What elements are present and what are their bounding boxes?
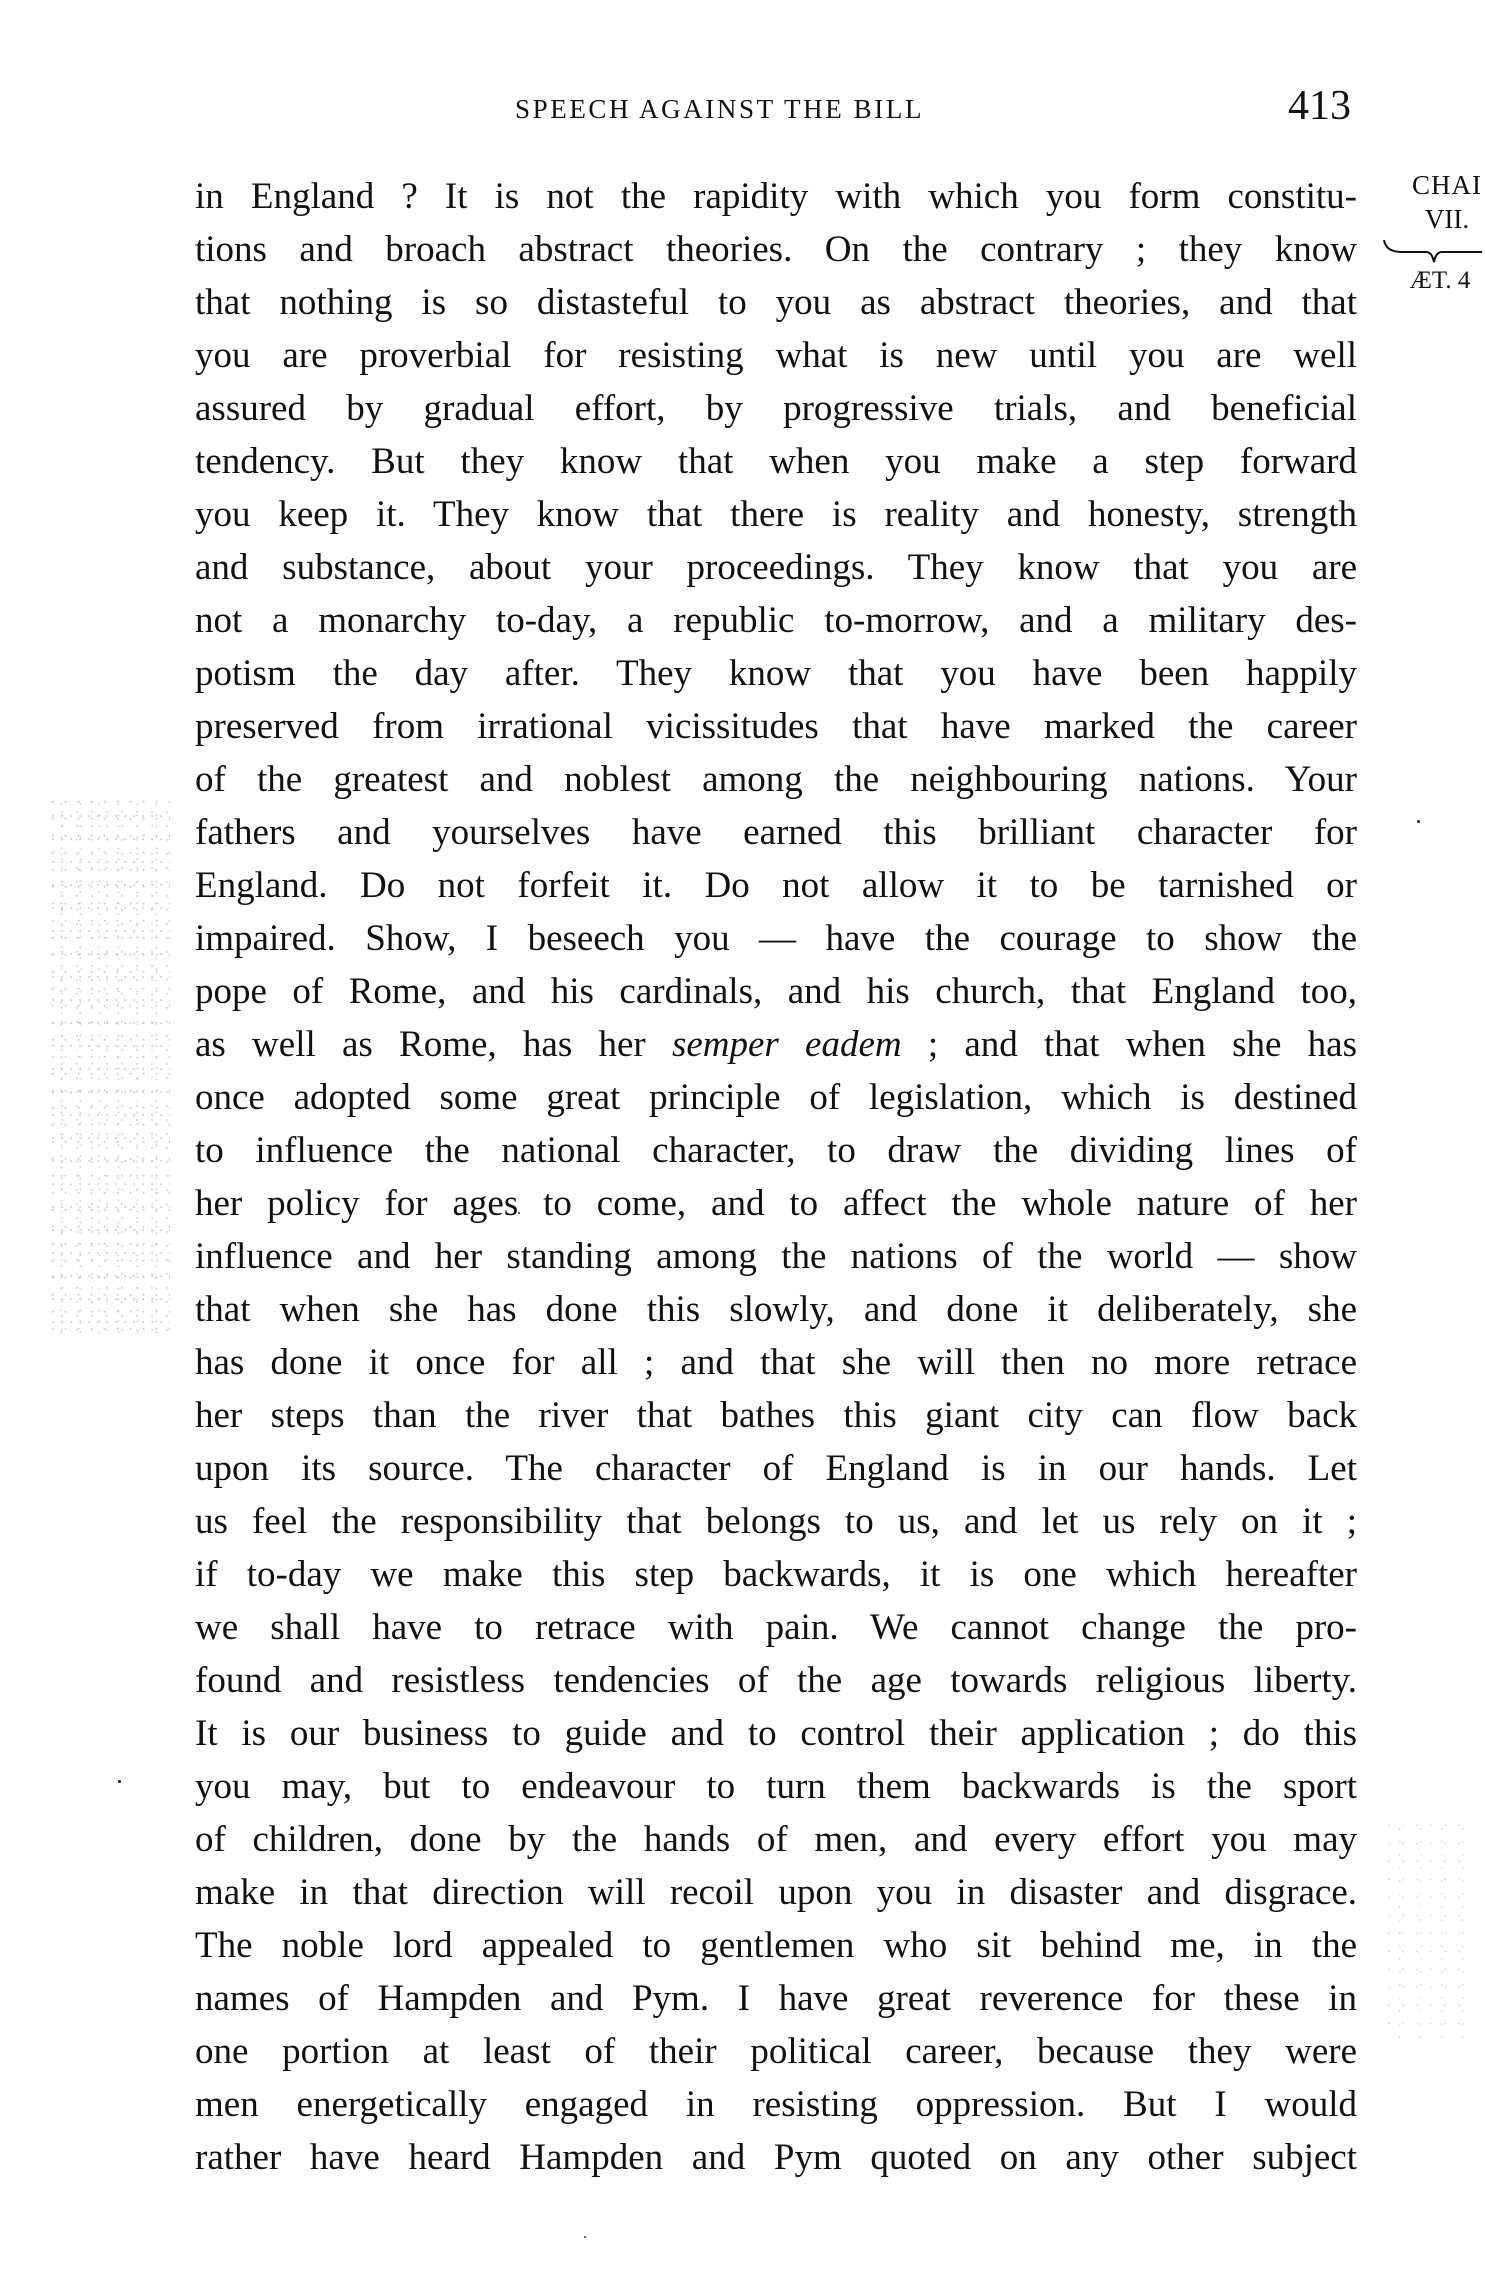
text-line: that nothing is so distasteful to you as… [195, 276, 1357, 329]
body-text: in England ? It is not the rapidity with… [195, 170, 1357, 2184]
text-line: It is our business to guide and to contr… [195, 1707, 1357, 1760]
side-note-chapter-number: VII. [1392, 202, 1485, 236]
text-line: tendency. But they know that when you ma… [195, 435, 1357, 488]
book-page: SPEECH AGAINST THE BILL 413 CHAI VII. ÆT… [0, 0, 1485, 2280]
scan-speck [1417, 820, 1420, 823]
text-line: rather have heard Hampden and Pym quoted… [195, 2131, 1357, 2184]
italic-latin-phrase: semper eadem [672, 1024, 902, 1065]
text-run: ; and that when she has [902, 1024, 1357, 1065]
text-line: us feel the responsibility that belongs … [195, 1495, 1357, 1548]
text-line: and substance, about your proceedings. T… [195, 541, 1357, 594]
scan-speck [584, 2236, 586, 2238]
curly-brace-icon [1382, 238, 1482, 264]
text-line: to influence the national character, to … [195, 1124, 1357, 1177]
text-line: of the greatest and noblest among the ne… [195, 753, 1357, 806]
text-line: her steps than the river that bathes thi… [195, 1389, 1357, 1442]
text-line: tions and broach abstract theories. On t… [195, 223, 1357, 276]
text-line: you may, but to endeavour to turn them b… [195, 1760, 1357, 1813]
text-line: in England ? It is not the rapidity with… [195, 170, 1357, 223]
text-line: not a monarchy to-day, a republic to-mor… [195, 594, 1357, 647]
text-line: men energetically engaged in resisting o… [195, 2078, 1357, 2131]
text-line: assured by gradual effort, by progressiv… [195, 382, 1357, 435]
running-head: SPEECH AGAINST THE BILL 413 [195, 86, 1357, 130]
text-line: names of Hampden and Pym. I have great r… [195, 1972, 1357, 2025]
text-line: make in that direction will recoil upon … [195, 1866, 1357, 1919]
side-note-aetas: ÆT. 4 [1378, 264, 1485, 298]
text-line-with-italic: as well as Rome, has her semper eadem ; … [195, 1018, 1357, 1071]
page-number: 413 [1288, 86, 1351, 126]
text-line: preserved from irrational vicissitudes t… [195, 700, 1357, 753]
text-line: her policy for ages to come, and to affe… [195, 1177, 1357, 1230]
text-line: has done it once for all ; and that she … [195, 1336, 1357, 1389]
text-line: The noble lord appealed to gentlemen who… [195, 1919, 1357, 1972]
text-line: we shall have to retrace with pain. We c… [195, 1601, 1357, 1654]
text-line: potism the day after. They know that you… [195, 647, 1357, 700]
text-line: one portion at least of their political … [195, 2025, 1357, 2078]
scan-bleed-through-right [1385, 1820, 1465, 2040]
text-line: influence and her standing among the nat… [195, 1230, 1357, 1283]
text-line: that when she has done this slowly, and … [195, 1283, 1357, 1336]
text-line: if to-day we make this step backwards, i… [195, 1548, 1357, 1601]
text-line: fathers and yourselves have earned this … [195, 806, 1357, 859]
text-line: of children, done by the hands of men, a… [195, 1813, 1357, 1866]
text-line: impaired. Show, I beseech you — have the… [195, 912, 1357, 965]
text-line: upon its source. The character of Englan… [195, 1442, 1357, 1495]
text-line: you keep it. They know that there is rea… [195, 488, 1357, 541]
text-line: once adopted some great principle of leg… [195, 1071, 1357, 1124]
text-line: England. Do not forfeit it. Do not allow… [195, 859, 1357, 912]
scan-speck [118, 1780, 121, 1783]
text-run: as well as Rome, has her [195, 1024, 672, 1065]
scan-speck [518, 1212, 520, 1214]
text-line: found and resistless tendencies of the a… [195, 1654, 1357, 1707]
scan-bleed-through-left [50, 800, 170, 1340]
text-line: pope of Rome, and his cardinals, and his… [195, 965, 1357, 1018]
margin-side-note: CHAI VII. ÆT. 4 [1392, 168, 1485, 298]
text-line: you are proverbial for resisting what is… [195, 329, 1357, 382]
side-note-chapter: CHAI [1392, 168, 1485, 202]
running-head-title: SPEECH AGAINST THE BILL [515, 94, 924, 125]
